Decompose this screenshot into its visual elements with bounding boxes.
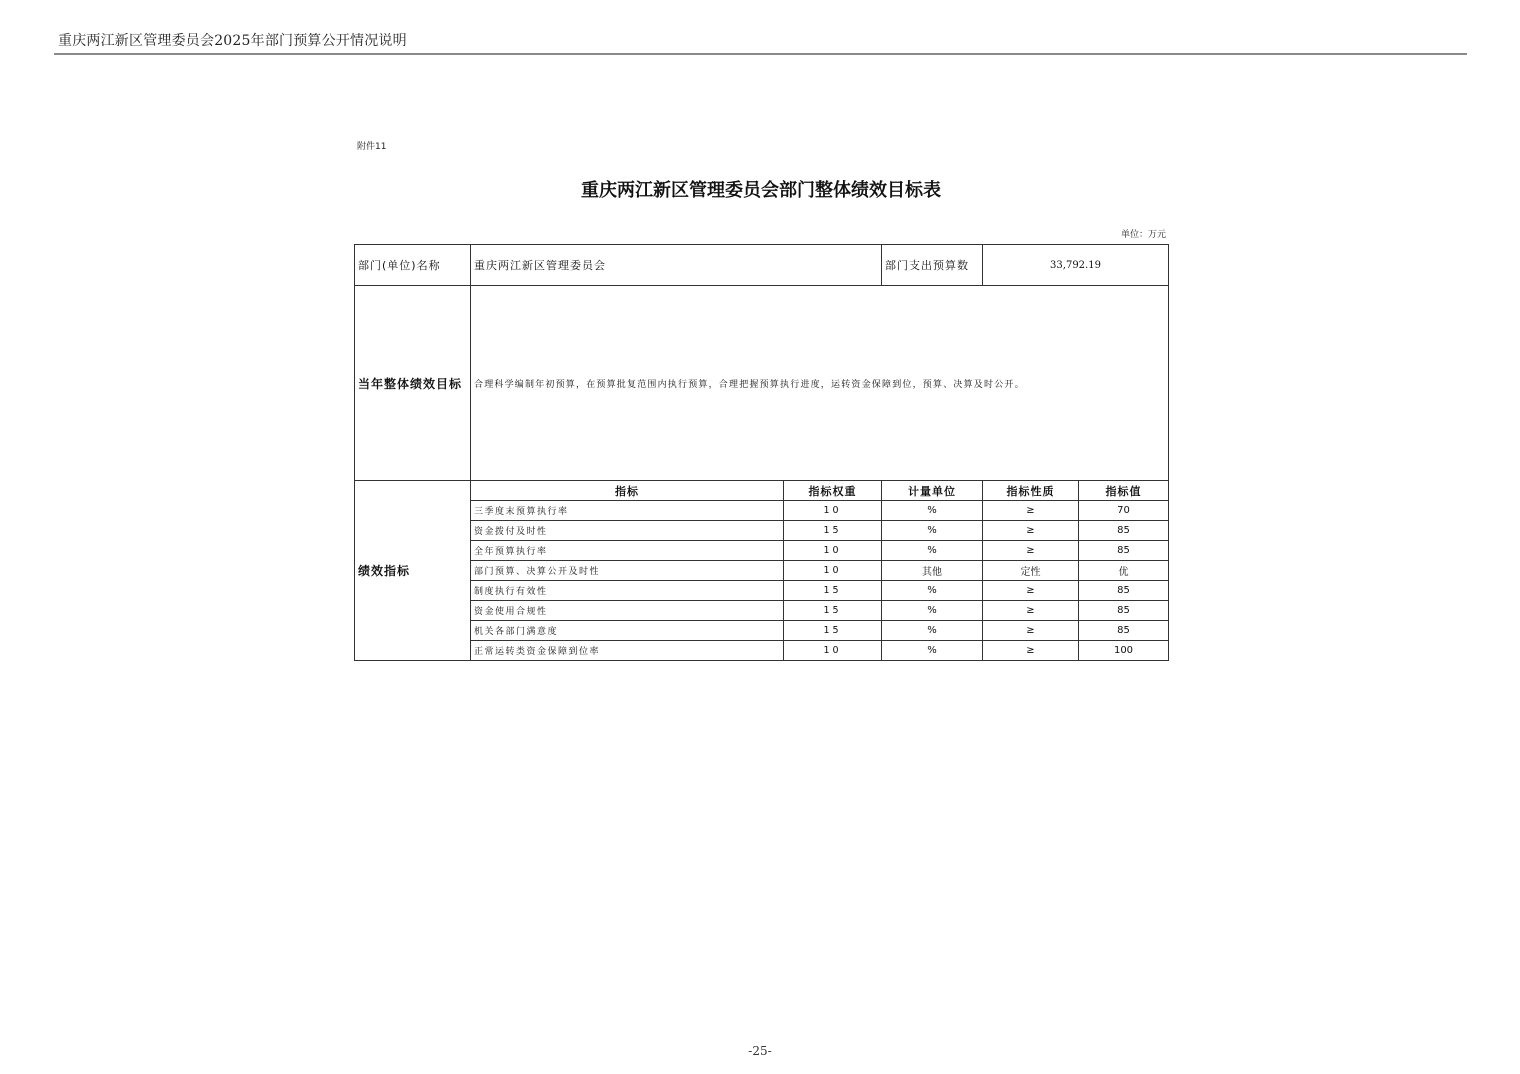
table-row: 三季度末预算执行率10%≥70 (355, 501, 1169, 521)
column-header-unit: 计量单位 (882, 481, 983, 501)
indicator-weight: 15 (784, 601, 882, 621)
column-header-weight: 指标权重 (784, 481, 882, 501)
table-row: 制度执行有效性15%≥85 (355, 581, 1169, 601)
indicator-value: 85 (1079, 581, 1169, 601)
indicator-value: 85 (1079, 541, 1169, 561)
budget-value: 33,792.19 (983, 245, 1169, 286)
annual-goal-label: 当年整体绩效目标 (355, 286, 471, 481)
table-row: 资金拨付及时性15%≥85 (355, 521, 1169, 541)
indicator-value: 85 (1079, 601, 1169, 621)
indicator-nature: ≥ (983, 521, 1079, 541)
indicator-value: 优 (1079, 561, 1169, 581)
dept-info-row: 部门(单位)名称 重庆两江新区管理委员会 部门支出预算数 33,792.19 (355, 245, 1169, 286)
table-row: 正常运转类资金保障到位率10%≥100 (355, 641, 1169, 661)
attachment-label: 附件11 (357, 139, 386, 152)
performance-goal-table: 部门(单位)名称 重庆两江新区管理委员会 部门支出预算数 33,792.19 当… (354, 244, 1169, 661)
indicator-name: 制度执行有效性 (471, 581, 784, 601)
indicator-unit: % (882, 601, 983, 621)
indicator-unit: % (882, 621, 983, 641)
unit-label: 单位：万元 (1121, 227, 1166, 240)
indicators-label: 绩效指标 (355, 481, 471, 661)
indicator-unit: 其他 (882, 561, 983, 581)
indicator-value: 70 (1079, 501, 1169, 521)
indicator-weight: 10 (784, 501, 882, 521)
indicator-weight: 15 (784, 581, 882, 601)
column-header-value: 指标值 (1079, 481, 1169, 501)
annual-goal-row: 当年整体绩效目标 合理科学编制年初预算，在预算批复范围内执行预算，合理把握预算执… (355, 286, 1169, 481)
dept-name-value: 重庆两江新区管理委员会 (471, 245, 882, 286)
running-header: 重庆两江新区管理委员会2025年部门预算公开情况说明 (58, 30, 407, 50)
indicator-unit: % (882, 641, 983, 661)
table-row: 全年预算执行率10%≥85 (355, 541, 1169, 561)
indicator-nature: 定性 (983, 561, 1079, 581)
indicator-name: 资金使用合规性 (471, 601, 784, 621)
indicator-weight: 10 (784, 561, 882, 581)
table-row: 部门预算、决算公开及时性10其他定性优 (355, 561, 1169, 581)
header-divider (54, 53, 1467, 55)
indicator-name: 三季度末预算执行率 (471, 501, 784, 521)
dept-name-label: 部门(单位)名称 (355, 245, 471, 286)
indicator-nature: ≥ (983, 621, 1079, 641)
indicator-header-row: 绩效指标 指标 指标权重 计量单位 指标性质 指标值 (355, 481, 1169, 501)
indicator-name: 机关各部门满意度 (471, 621, 784, 641)
indicator-value: 85 (1079, 521, 1169, 541)
indicator-nature: ≥ (983, 641, 1079, 661)
table-row: 资金使用合规性15%≥85 (355, 601, 1169, 621)
column-header-indicator: 指标 (471, 481, 784, 501)
indicator-unit: % (882, 581, 983, 601)
indicator-weight: 15 (784, 621, 882, 641)
table-row: 机关各部门满意度15%≥85 (355, 621, 1169, 641)
budget-label: 部门支出预算数 (882, 245, 983, 286)
indicator-nature: ≥ (983, 541, 1079, 561)
page-title: 重庆两江新区管理委员会部门整体绩效目标表 (354, 176, 1168, 202)
indicator-name: 部门预算、决算公开及时性 (471, 561, 784, 581)
indicator-weight: 15 (784, 521, 882, 541)
indicator-nature: ≥ (983, 601, 1079, 621)
indicator-name: 资金拨付及时性 (471, 521, 784, 541)
indicator-nature: ≥ (983, 501, 1079, 521)
indicator-unit: % (882, 501, 983, 521)
indicator-name: 全年预算执行率 (471, 541, 784, 561)
indicator-value: 85 (1079, 621, 1169, 641)
indicator-unit: % (882, 521, 983, 541)
indicator-weight: 10 (784, 641, 882, 661)
indicator-value: 100 (1079, 641, 1169, 661)
annual-goal-text: 合理科学编制年初预算，在预算批复范围内执行预算，合理把握预算执行进度，运转资金保… (471, 286, 1169, 481)
column-header-nature: 指标性质 (983, 481, 1079, 501)
page-number: -25- (0, 1044, 1520, 1058)
indicator-name: 正常运转类资金保障到位率 (471, 641, 784, 661)
indicator-weight: 10 (784, 541, 882, 561)
indicator-unit: % (882, 541, 983, 561)
indicator-nature: ≥ (983, 581, 1079, 601)
